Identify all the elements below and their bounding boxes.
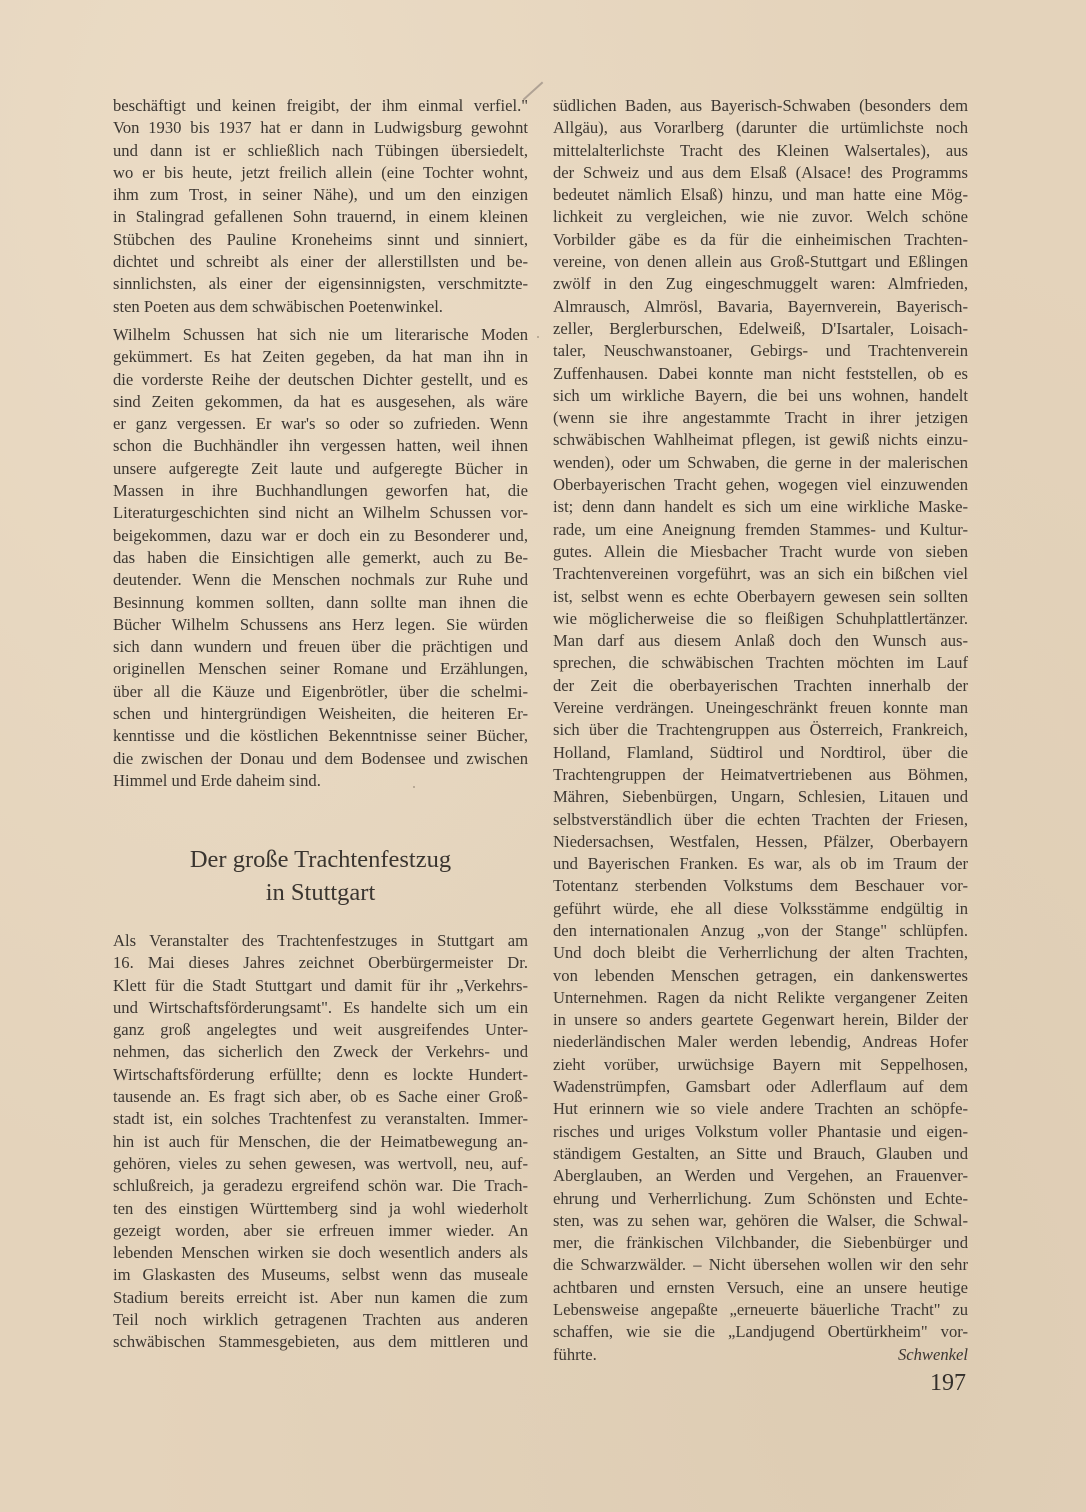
text-line: Mähren, Siebenbürgen, Ungarn, Schlesien,… [553,786,968,808]
text-line: schon die Buchhändler ihn vergessen hatt… [113,435,528,457]
text-line: Teil noch wirklich getragenen Trachten a… [113,1309,528,1331]
text-line: Trachtengruppen der Heimatvertriebenen a… [553,764,968,786]
text-line: in Stalingrad gefallenen Sohn trauernd, … [113,206,528,228]
text-line: zwölf in den Zug eingeschmuggelt waren: … [553,273,968,295]
text-line: die Schwarzwälder. – Nicht übersehen wol… [553,1254,968,1276]
text-line: 16. Mai dieses Jahres zeichnet Oberbürge… [113,952,528,974]
text-line: Massen in ihre Buchhandlungen geworfen h… [113,480,528,502]
text-line: der Schweiz und aus dem Elsaß (Alsace! d… [553,162,968,184]
heading-line-1: Der große Trachtenfestzug [113,843,528,876]
text-line: Totentanz sterbenden Volkstums dem Besch… [553,875,968,897]
text-line: sten Poeten aus dem schwäbischen Poetenw… [113,296,528,318]
text-line: Zuffenhausen. Dabei konnte man nicht fes… [553,363,968,385]
text-line: Himmel und Erde daheim sind. [113,770,528,792]
text-line: Hut erinnern wie so viele andere Trachte… [553,1098,968,1120]
text-line: wie möglicherweise die so fleißigen Schu… [553,608,968,630]
text-line: die zwischen der Donau und dem Bodensee … [113,748,528,770]
text-line: Almrausch, Almrösl, Bavaria, Bayernverei… [553,296,968,318]
text-line: Und doch bleibt die Verherrlichung der a… [553,942,968,964]
text-line: lichkeit zu vergleichen, wie nie zuvor. … [553,206,968,228]
text-line: Vorbilder gäbe es da für die einheimisch… [553,229,968,251]
text-line: niederländischen Maler werden lebendig, … [553,1031,968,1053]
paragraph-trachtenfestzug-intro: Als Veranstalter des Trachtenfestzuges i… [113,930,528,1354]
text-line: Aberglauben, an Werden und Vergehen, an … [553,1165,968,1187]
text-line: (wenn sie ihre angestammte Tracht in ihr… [553,407,968,429]
text-line: hin ist auch für Menschen, die der Heima… [113,1131,528,1153]
text-line: Holland, Flamland, Südtirol und Nordtiro… [553,742,968,764]
text-line: gutes. Allein die Miesbacher Tracht wurd… [553,541,968,563]
author-signature: Schwenkel [898,1344,968,1366]
text-line: Oberbayerischen Tracht gehen, wogegen vi… [553,474,968,496]
text-line: dichtet und schreibt als einer der aller… [113,251,528,273]
text-line: lebenden Menschen wirken sie doch wesent… [113,1242,528,1264]
text-line: schen und hintergründigen Weisheiten, di… [113,703,528,725]
heading-line-2: in Stuttgart [113,876,528,909]
text-line: und Bayerischen Franken. Es war, als ob … [553,853,968,875]
text-line: tausende an. Es fragt sich aber, ob es S… [113,1086,528,1108]
text-line: schwäbischen Stammesgebieten, aus dem mi… [113,1331,528,1353]
text-line: achtbaren und ernsten Versuch, eine an u… [553,1277,968,1299]
text-line: deutender. Wenn die Menschen nochmals zu… [113,569,528,591]
text-line: ehrung und Verherrlichung. Zum Schönsten… [553,1188,968,1210]
text-line: Wilhelm Schussen hat sich nie um literar… [113,324,528,346]
text-line: stadt ist, ein solches Trachtenfest zu v… [113,1108,528,1130]
text-line: Bücher Wilhelm Schussens ans Herz legen.… [113,614,528,636]
text-line: gehören, vieles zu sehen gewesen, was we… [113,1153,528,1175]
text-line: ganz groß angelegtes und weit ausgreifen… [113,1019,528,1041]
text-line: den internationalen Anzug „von der Stang… [553,920,968,942]
text-line: Stadium bereits erreicht ist. Aber nun k… [113,1287,528,1309]
text-line: ihm zum Trost, in seiner Nähe), und um d… [113,184,528,206]
text-line: rade, um eine Aneignung fremden Stammes-… [553,519,968,541]
page-number: 197 [930,1370,966,1397]
final-line: führte. Schwenkel [553,1344,968,1366]
text-line: Man darf aus diesem Anlaß doch den Wunsc… [553,630,968,652]
text-line: über all die Käuze und Eigenbrötler, übe… [113,681,528,703]
text-line: beigekommen, dazu war er doch ein zu Bes… [113,525,528,547]
text-line: selbstverständlich über die echten Trach… [553,809,968,831]
text-line: im Glaskasten des Museums, selbst wenn d… [113,1264,528,1286]
text-line: Wadenstrümpfen, Gamsbart oder Adlerflaum… [553,1076,968,1098]
text-line: Besinnung kommen sollten, dann sollte ma… [113,592,528,614]
text-line: sich dann wundern und freuen über die pr… [113,636,528,658]
text-line: beschäftigt und keinen freigibt, der ihm… [113,95,528,117]
text-line: unsere aufgeregte Zeit laute und aufgere… [113,458,528,480]
document-page: beschäftigt und keinen freigibt, der ihm… [0,0,1086,1512]
paper-speck [537,336,539,338]
text-line: Wirtschaftsförderung erfüllte; denn es l… [113,1064,528,1086]
text-line: Unternehmen. Ragen da nicht Relikte verg… [553,987,968,1009]
text-line: bedeutet nämlich Elsaß) hinzu, und man h… [553,184,968,206]
text-line: Allgäu), aus Vorarlberg (darunter die ur… [553,117,968,139]
text-line: Literaturgeschichten sind nicht an Wilhe… [113,502,528,524]
text-line: sich um wirkliche Bayern, die bei uns wo… [553,385,968,407]
text-line: das haben die Einsichtigen alle gemerkt,… [113,547,528,569]
final-line-text: führte. [553,1345,597,1364]
text-line: wo er bis heute, jetzt freilich allein (… [113,162,528,184]
paragraph-schussen-literary: Wilhelm Schussen hat sich nie um literar… [113,324,528,792]
text-line: ist; denn dann handelt es sich um eine w… [553,496,968,518]
text-line: schlußreich, ja geradezu ergreifend schö… [113,1175,528,1197]
text-line: originellen Menschen seiner Romane und E… [113,658,528,680]
text-line: sprechen, die schwäbischen Trachten möch… [553,652,968,674]
text-line: geführt würde, ehe all diese Volksstämme… [553,898,968,920]
text-line: und Wirtschaftsförderungsamt". Es handel… [113,997,528,1019]
text-line: vereine, von denen allein aus Groß-Stutt… [553,251,968,273]
article-heading: Der große Trachtenfestzug in Stuttgart [113,843,528,909]
text-line: der Zeit die oberbayerischen Trachten in… [553,675,968,697]
text-line: zieht vorüber, urwüchsige Bayern mit Sep… [553,1054,968,1076]
article-body-left: Als Veranstalter des Trachtenfestzuges i… [113,930,528,1354]
text-line: sinnlichsten, als einer der eigensinnigs… [113,273,528,295]
left-column: beschäftigt und keinen freigibt, der ihm… [113,95,528,792]
text-line: wenden), oder um Schwaben, die gerne in … [553,452,968,474]
text-line: schaffen, wie sie die „Landjugend Obertü… [553,1321,968,1343]
text-line: sich über die Trachtengruppen aus Österr… [553,719,968,741]
text-line: Lebensweise angepaßte „erneuerte bäuerli… [553,1299,968,1321]
text-line: in unsere so anders geartete Gegenwart h… [553,1009,968,1031]
text-line: Von 1930 bis 1937 hat er dann in Ludwigs… [113,117,528,139]
text-line: er ganz vergessen. Er war's so oder so z… [113,413,528,435]
text-line: Klett für die Stadt Stuttgart und damit … [113,975,528,997]
text-line: die vorderste Reihe der deutschen Dichte… [113,369,528,391]
text-line: kenntisse und die köstlichen Bekenntniss… [113,725,528,747]
text-line: sten, was zu sehen war, gehören die Wals… [553,1210,968,1232]
text-line: taler, Neuschwanstoaner, Gebirgs- und Tr… [553,340,968,362]
text-line: ist, selbst wenn es echte Oberbayern gew… [553,586,968,608]
paragraph-schussen-biography: beschäftigt und keinen freigibt, der ihm… [113,95,528,318]
text-line: und dann ist er schließlich nach Tübinge… [113,140,528,162]
text-line: ten des einstigen Württemberg sind ja wo… [113,1198,528,1220]
text-line: gekümmert. Es hat Zeiten gegeben, da hat… [113,346,528,368]
text-line: risches und uriges Volkstum voller Phant… [553,1121,968,1143]
text-line: Trachtenvereinen vorgeführt, was an sich… [553,563,968,585]
text-line: nehmen, das sicherlich den Zweck der Ver… [113,1041,528,1063]
text-line: Niedersachsen, Westfalen, Hessen, Pfälze… [553,831,968,853]
text-line: mer, die fränkischen Vilchbander, die Si… [553,1232,968,1254]
text-line: von lebenden Menschen getragen, ein dank… [553,965,968,987]
text-line: Stübchen des Pauline Kroneheims sinnt un… [113,229,528,251]
text-line: gezeigt worden, aber sie erfreuen immer … [113,1220,528,1242]
text-line: schwäbischen Wahlheimat pflegen, ist gew… [553,429,968,451]
text-line: ständigem Gestalten, an Sitte und Brauch… [553,1143,968,1165]
text-line: zeller, Berglerburschen, Edelweiß, D'Isa… [553,318,968,340]
text-line: mittelalterlichste Tracht des Kleinen Wa… [553,140,968,162]
text-line: Als Veranstalter des Trachtenfestzuges i… [113,930,528,952]
right-column: südlichen Baden, aus Bayerisch-Schwaben … [553,95,968,1366]
text-line: südlichen Baden, aus Bayerisch-Schwaben … [553,95,968,117]
text-line: Vereine verdrängen. Uneingeschränkt freu… [553,697,968,719]
paragraph-trachtenfestzug-continued: südlichen Baden, aus Bayerisch-Schwaben … [553,95,968,1366]
text-line: sind Zeiten gekommen, da hat es ausgeseh… [113,391,528,413]
